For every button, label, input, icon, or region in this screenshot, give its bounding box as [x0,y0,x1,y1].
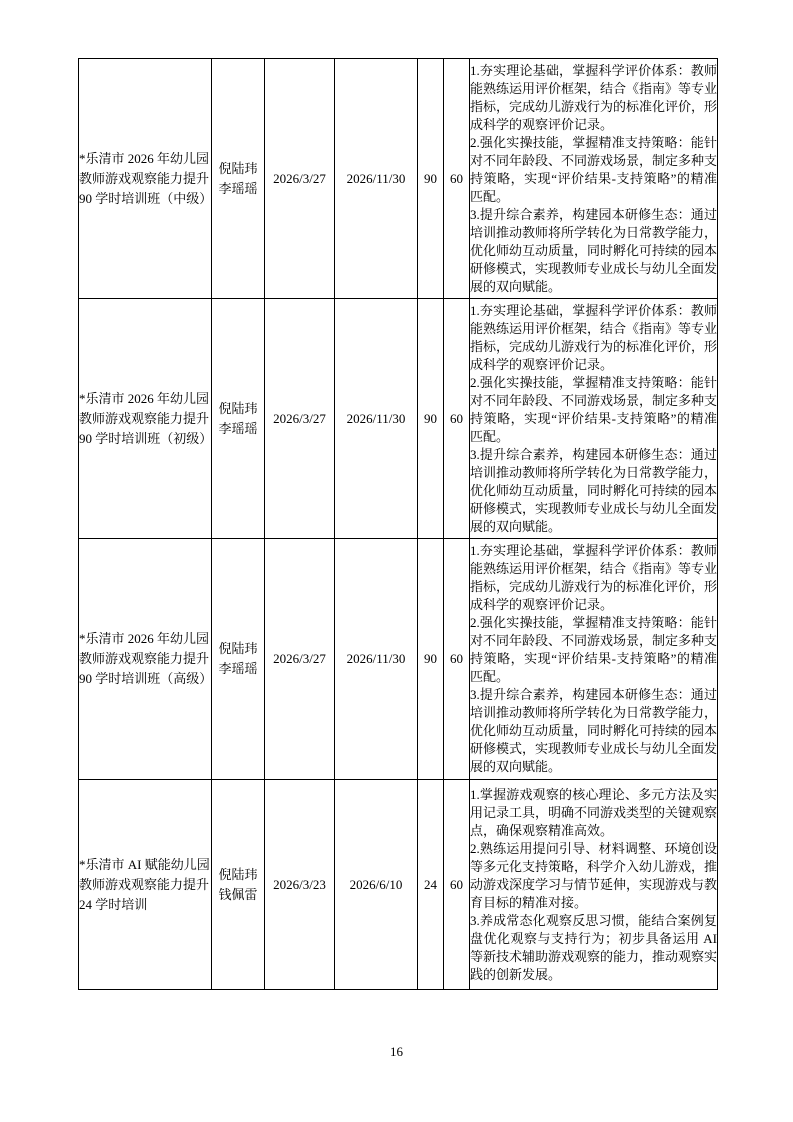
training-plan-table: *乐清市 2026 年幼儿园教师游戏观察能力提升 90 学时培训班（中级） 倪陆… [78,58,718,990]
leaders-cell: 倪陆玮 李瑶瑶 [212,539,265,780]
leader-name: 李瑶瑶 [212,659,264,679]
leader-name: 李瑶瑶 [212,419,264,439]
table-row: *乐清市 2026 年幼儿园教师游戏观察能力提升 90 学时培训班（初级） 倪陆… [79,299,718,539]
course-name-cell: *乐清市 2026 年幼儿园教师游戏观察能力提升 90 学时培训班（高级） [79,539,212,780]
course-name-cell: *乐清市 2026 年幼儿园教师游戏观察能力提升 90 学时培训班（中级） [79,59,212,299]
objective-item: 1.夯实理论基础，掌握科学评价体系：教师能熟练运用评价框架，结合《指南》等专业指… [470,302,717,374]
course-name-cell: *乐清市 2026 年幼儿园教师游戏观察能力提升 90 学时培训班（初级） [79,299,212,539]
leader-name: 倪陆玮 [212,639,264,659]
table-row: *乐清市 AI 赋能幼儿园教师游戏观察能力提升 24 学时培训 倪陆玮 钱佩雷 … [79,780,718,990]
objectives-cell: 1.夯实理论基础，掌握科学评价体系：教师能熟练运用评价框架，结合《指南》等专业指… [470,539,718,780]
objectives-cell: 1.掌握游戏观察的核心理论、多元方法及实用记录工具，明确不同游戏类型的关键观察点… [470,780,718,990]
start-date-cell: 2026/3/27 [265,59,335,299]
quota-cell: 60 [444,539,470,780]
hours-cell: 24 [418,780,444,990]
objective-item: 3.提升综合素养，构建园本研修生态：通过培训推动教师将所学转化为日常教学能力，优… [470,206,717,296]
objective-item: 1.夯实理论基础，掌握科学评价体系：教师能熟练运用评价框架，结合《指南》等专业指… [470,542,717,614]
objective-item: 2.熟练运用提问引导、材料调整、环境创设等多元化支持策略，科学介入幼儿游戏，推动… [470,840,717,912]
objective-item: 3.提升综合素养，构建园本研修生态：通过培训推动教师将所学转化为日常教学能力，优… [470,686,717,776]
end-date-cell: 2026/11/30 [335,299,418,539]
hours-cell: 90 [418,59,444,299]
quota-cell: 60 [444,780,470,990]
course-name-cell: *乐清市 AI 赋能幼儿园教师游戏观察能力提升 24 学时培训 [79,780,212,990]
end-date-cell: 2026/11/30 [335,59,418,299]
leaders-cell: 倪陆玮 钱佩雷 [212,780,265,990]
hours-cell: 90 [418,539,444,780]
leader-name: 倪陆玮 [212,865,264,885]
objective-item: 1.夯实理论基础，掌握科学评价体系：教师能熟练运用评价框架，结合《指南》等专业指… [470,62,717,134]
objective-item: 3.养成常态化观察反思习惯，能结合案例复盘优化观察与支持行为；初步具备运用 AI… [470,912,717,984]
objective-item: 2.强化实操技能，掌握精准支持策略：能针对不同年龄段、不同游戏场景，制定多种支持… [470,614,717,686]
table-row: *乐清市 2026 年幼儿园教师游戏观察能力提升 90 学时培训班（高级） 倪陆… [79,539,718,780]
leaders-cell: 倪陆玮 李瑶瑶 [212,59,265,299]
objective-item: 2.强化实操技能，掌握精准支持策略：能针对不同年龄段、不同游戏场景，制定多种支持… [470,134,717,206]
leader-name: 倪陆玮 [212,159,264,179]
quota-cell: 60 [444,299,470,539]
leader-name: 钱佩雷 [212,885,264,905]
objectives-cell: 1.夯实理论基础，掌握科学评价体系：教师能熟练运用评价框架，结合《指南》等专业指… [470,59,718,299]
page-number: 16 [0,1044,793,1060]
end-date-cell: 2026/11/30 [335,539,418,780]
leaders-cell: 倪陆玮 李瑶瑶 [212,299,265,539]
hours-cell: 90 [418,299,444,539]
table-row: *乐清市 2026 年幼儿园教师游戏观察能力提升 90 学时培训班（中级） 倪陆… [79,59,718,299]
quota-cell: 60 [444,59,470,299]
document-page: *乐清市 2026 年幼儿园教师游戏观察能力提升 90 学时培训班（中级） 倪陆… [0,0,793,1122]
leader-name: 倪陆玮 [212,399,264,419]
objective-item: 1.掌握游戏观察的核心理论、多元方法及实用记录工具，明确不同游戏类型的关键观察点… [470,786,717,840]
start-date-cell: 2026/3/27 [265,539,335,780]
leader-name: 李瑶瑶 [212,179,264,199]
objective-item: 2.强化实操技能，掌握精准支持策略：能针对不同年龄段、不同游戏场景，制定多种支持… [470,374,717,446]
start-date-cell: 2026/3/27 [265,299,335,539]
objectives-cell: 1.夯实理论基础，掌握科学评价体系：教师能熟练运用评价框架，结合《指南》等专业指… [470,299,718,539]
objective-item: 3.提升综合素养，构建园本研修生态：通过培训推动教师将所学转化为日常教学能力，优… [470,446,717,536]
start-date-cell: 2026/3/23 [265,780,335,990]
end-date-cell: 2026/6/10 [335,780,418,990]
